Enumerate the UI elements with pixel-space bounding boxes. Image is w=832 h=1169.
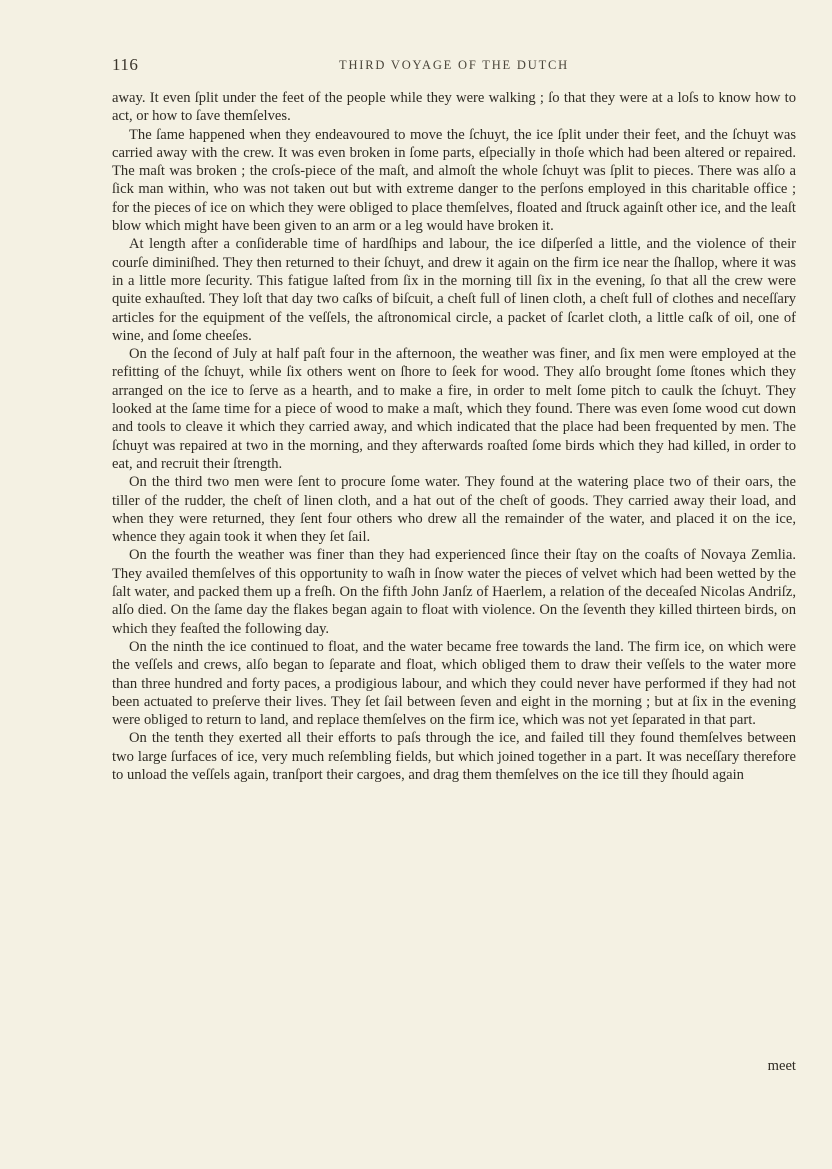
- body-text: away. It even ſplit under the feet of th…: [112, 89, 796, 784]
- paragraph-2: The ſame happened when they endeavoured …: [112, 126, 796, 236]
- paragraph-8: On the tenth they exerted all their effo…: [112, 729, 796, 784]
- book-page: 116 THIRD VOYAGE OF THE DUTCH away. It e…: [0, 0, 832, 1169]
- catchword: meet: [768, 1058, 796, 1075]
- running-head: 116 THIRD VOYAGE OF THE DUTCH: [112, 55, 796, 75]
- paragraph-3: At length after a conſiderable time of h…: [112, 235, 796, 345]
- paragraph-1: away. It even ſplit under the feet of th…: [112, 89, 796, 126]
- paragraph-6: On the fourth the weather was finer than…: [112, 546, 796, 637]
- running-title: THIRD VOYAGE OF THE DUTCH: [112, 58, 796, 73]
- paragraph-7: On the ninth the ice continued to float,…: [112, 638, 796, 729]
- paragraph-4: On the ſecond of July at half paſt four …: [112, 345, 796, 473]
- paragraph-5: On the third two men were ſent to procur…: [112, 473, 796, 546]
